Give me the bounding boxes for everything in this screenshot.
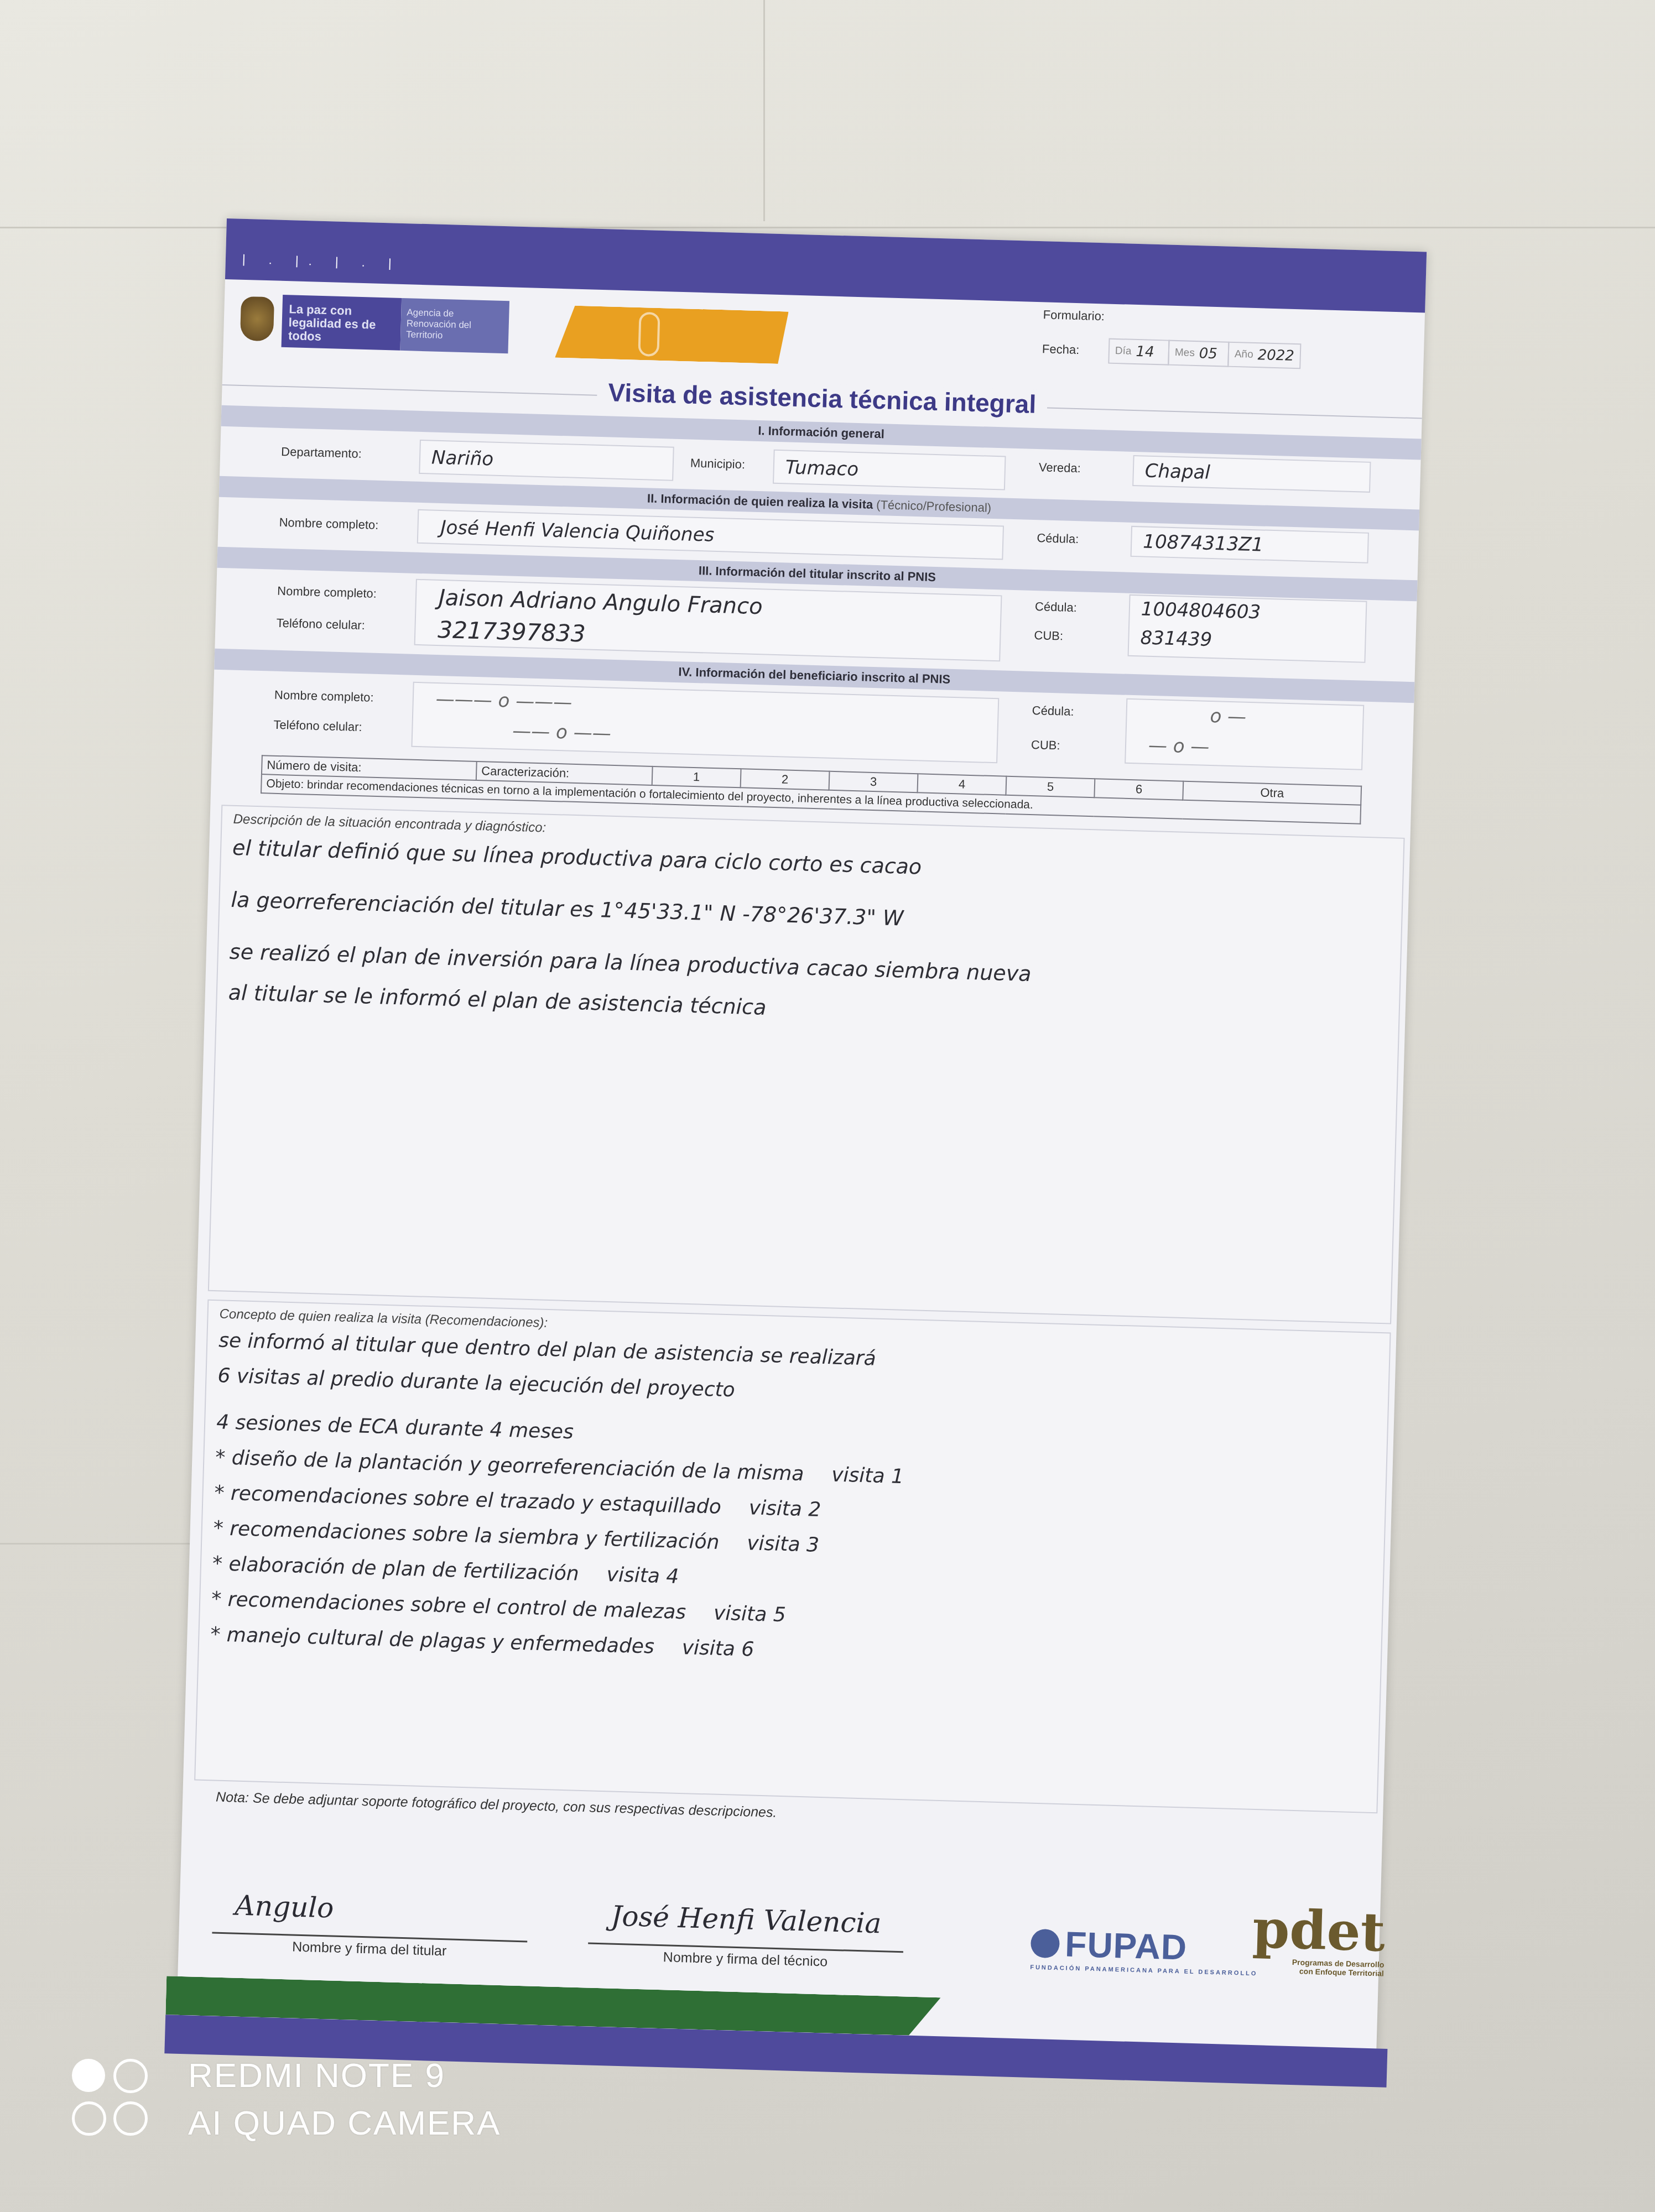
coat-of-arms-icon — [240, 296, 274, 342]
beneficiario-cedula-label: Cédula: — [1032, 703, 1074, 719]
beneficiario-telefono-value[interactable]: —— o —— — [512, 720, 611, 745]
form-meta: Formulario: Fecha: Día14 Mes05 Año2022 — [1042, 307, 1301, 383]
camera-type: AI QUAD CAMERA — [188, 2104, 501, 2143]
visit-option-3[interactable]: 3 — [829, 771, 918, 792]
formulario-label: Formulario: — [1043, 307, 1110, 324]
tecnico-signature-block: José Henfi Valencia Nombre y firma del t… — [587, 1899, 904, 1972]
page-title-text: Visita de asistencia técnica integral — [597, 378, 1048, 419]
visit-option-4[interactable]: 4 — [918, 774, 1007, 795]
beneficiario-fields: ——— o ——— —— o —— — [411, 682, 999, 764]
tecnico-signature[interactable]: José Henfi Valencia — [588, 1899, 904, 1947]
vereda-value: Chapal — [1144, 460, 1210, 484]
pnis-logo — [555, 305, 788, 364]
year-label: Año — [1235, 348, 1253, 361]
municipio-field[interactable]: Tumaco — [773, 450, 1006, 491]
section-2-subtitle: (Técnico/Profesional) — [876, 498, 991, 515]
beneficiario-id-fields: o — — o — — [1125, 698, 1364, 770]
fecha-label: Fecha: — [1042, 342, 1109, 358]
form-sheet: | . |. | . | La paz con legalidad es de … — [176, 218, 1427, 2070]
section-2-title: II. Información de quien realiza la visi… — [647, 491, 873, 511]
descripcion-box[interactable]: Descripción de la situación encontrada y… — [208, 805, 1405, 1324]
vereda-label: Vereda: — [1039, 460, 1081, 476]
gov-slogan: La paz con legalidad es de todos — [282, 295, 402, 351]
titular-signature[interactable]: Angulo — [212, 1888, 529, 1936]
swirl-icon — [638, 312, 660, 357]
beneficiario-cub-label: CUB: — [1031, 738, 1060, 753]
municipio-value: Tumaco — [785, 456, 858, 481]
camera-model: REDMI NOTE 9 — [188, 2056, 445, 2095]
month-value: 05 — [1199, 345, 1217, 362]
tecnico-cedula-field[interactable]: 10874313Z1 — [1131, 526, 1369, 564]
day-label: Día — [1115, 345, 1132, 358]
visit-option-2[interactable]: 2 — [741, 769, 830, 790]
tecnico-cedula-value: 10874313Z1 — [1143, 530, 1264, 556]
month-label: Mes — [1175, 347, 1195, 359]
beneficiario-cub-value[interactable]: — o — — [1148, 734, 1209, 758]
titular-cedula-value[interactable]: 1004804603 — [1141, 598, 1261, 623]
titular-nombre-value[interactable]: Jaison Adriano Angulo Franco — [438, 585, 763, 619]
titular-cedula-label: Cédula: — [1035, 599, 1078, 615]
tecnico-nombre-label: Nombre completo: — [279, 515, 378, 533]
visit-option-5[interactable]: 5 — [1006, 776, 1095, 797]
day-value: 14 — [1136, 343, 1154, 361]
government-logo: La paz con legalidad es de todos Agencia… — [282, 295, 509, 353]
tecnico-nombre-value: José Henfi Valencia Quiñones — [440, 517, 715, 546]
beneficiario-nombre-value[interactable]: ——— o ——— — [435, 688, 572, 714]
year-value: 2022 — [1257, 347, 1294, 364]
pdet-wordmark: pdet — [1252, 1901, 1386, 1960]
vereda-field[interactable]: Chapal — [1132, 455, 1371, 493]
agency-name: Agencia de Renovación del Territorio — [400, 298, 509, 353]
departamento-label: Departamento: — [281, 445, 362, 461]
floor-tile-seam — [763, 0, 765, 221]
titular-nombre-label: Nombre completo: — [277, 584, 377, 601]
departamento-value: Nariño — [431, 447, 494, 471]
camera-logo-icon — [69, 2056, 152, 2139]
titular-fields: Jaison Adriano Angulo Franco 3217397833 — [414, 579, 1002, 662]
beneficiario-cedula-value[interactable]: o — — [1210, 705, 1247, 728]
titular-cub-value[interactable]: 831439 — [1140, 627, 1212, 651]
municipio-label: Municipio: — [690, 456, 746, 472]
globe-icon — [1031, 1929, 1060, 1958]
year-field[interactable]: Año2022 — [1227, 342, 1301, 369]
titular-telefono-label: Teléfono celular: — [276, 616, 365, 633]
beneficiario-nombre-label: Nombre completo: — [274, 688, 374, 705]
descripcion-line: la georreferenciación del titular es 1°4… — [231, 879, 1034, 942]
departamento-field[interactable]: Nariño — [419, 440, 674, 481]
concepto-box[interactable]: Concepto de quien realiza la visita (Rec… — [194, 1300, 1391, 1813]
fupad-wordmark: FUPAD — [1064, 1924, 1188, 1968]
titular-cub-label: CUB: — [1034, 628, 1063, 643]
concepto-lines: se informó al titular que dentro del pla… — [210, 1323, 908, 1672]
beneficiario-telefono-label: Teléfono celular: — [273, 718, 362, 734]
titular-id-fields: 1004804603 831439 — [1128, 594, 1367, 663]
descripcion-lines: el titular definió que su línea producti… — [228, 827, 1035, 1035]
fupad-logo: FUPAD — [1030, 1923, 1188, 1968]
visit-option-6[interactable]: 6 — [1095, 779, 1184, 800]
day-field[interactable]: Día14 — [1108, 338, 1169, 366]
titular-telefono-value[interactable]: 3217397833 — [438, 616, 586, 647]
month-field[interactable]: Mes05 — [1168, 340, 1229, 367]
visit-option-1[interactable]: 1 — [652, 766, 741, 787]
band-marks: | . |. | . | — [242, 252, 402, 271]
pdet-logo: pdet Programas de Desarrollo con Enfoque… — [1251, 1901, 1386, 1978]
tecnico-nombre-field[interactable]: José Henfi Valencia Quiñones — [417, 509, 1004, 560]
titular-signature-block: Angulo Nombre y firma del titular — [211, 1888, 528, 1961]
tecnico-cedula-label: Cédula: — [1037, 531, 1079, 546]
descripcion-line: el titular definió que su línea producti… — [232, 827, 1035, 890]
